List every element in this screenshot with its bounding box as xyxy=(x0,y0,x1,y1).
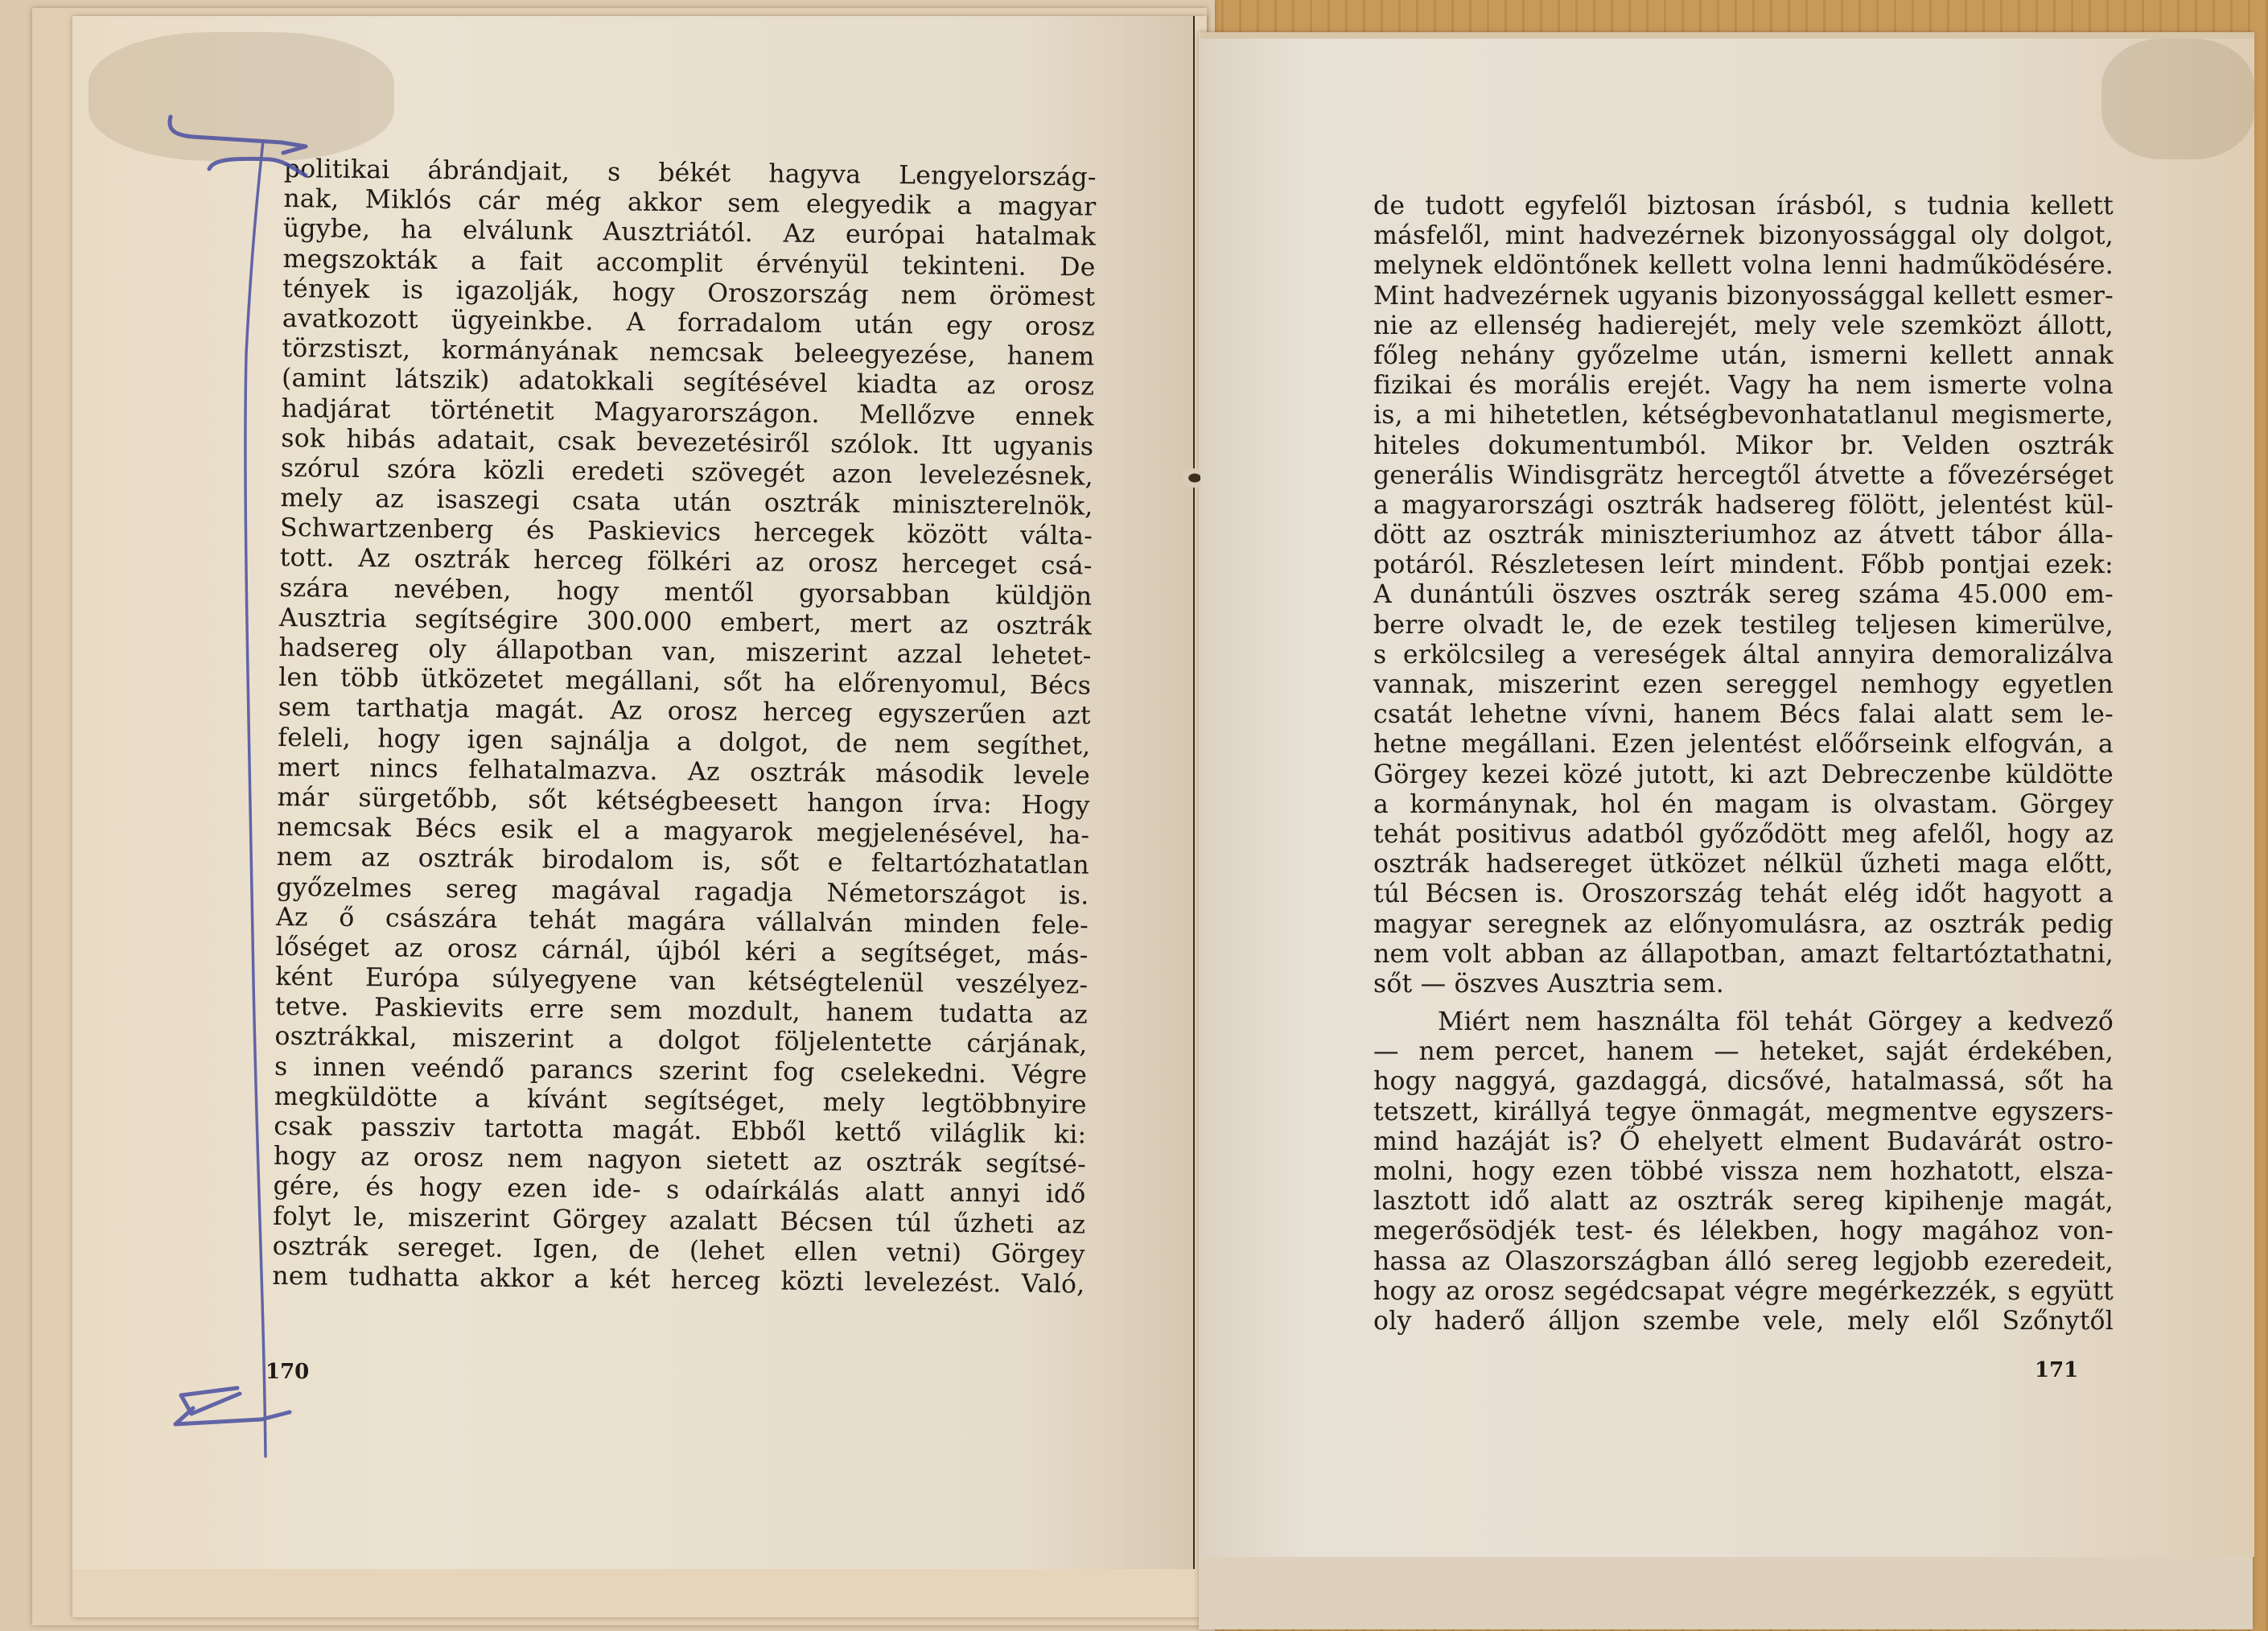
text-line: molni, hogy ezen többé vissza nem hozhat… xyxy=(1373,1157,2114,1187)
text-line: is, a mi hihetetlen, kétségbevonhatatlan… xyxy=(1373,401,2114,430)
left-page: politikai ábrándjait, s békét hagyva Len… xyxy=(72,16,1195,1569)
text-line: de tudott egyfelől biztosan írásból, s t… xyxy=(1373,192,2114,221)
text-line: a kormánynak, hol én magam is olvastam. … xyxy=(1373,790,2114,820)
text-line: mind hazáját is? Ő ehelyett elment Budav… xyxy=(1373,1127,2114,1157)
text-line: megerősödjék test- és lélekben, hogy mag… xyxy=(1373,1217,2114,1246)
text-line: tehát positivus adatból győződött meg af… xyxy=(1373,820,2114,850)
text-line: melynek eldöntőnek kellett volna lenni h… xyxy=(1373,251,2114,281)
text-line: lasztott idő alatt az osztrák sereg kipi… xyxy=(1373,1187,2114,1217)
text-line: hogy az orosz segédcsapat végre megérkez… xyxy=(1373,1277,2114,1307)
text-line: nem volt abban az állapotban, amazt felt… xyxy=(1373,940,2114,970)
right-page-number: 171 xyxy=(2035,1358,2078,1382)
text-line: tetszett, királlyá tegye önmagát, megmen… xyxy=(1373,1098,2114,1127)
text-line: Miért nem használta föl tehát Görgey a k… xyxy=(1373,1007,2114,1037)
pen-bracket-bottom-icon xyxy=(175,1388,290,1424)
text-line: dött az osztrák miniszteriumhoz az átvet… xyxy=(1373,521,2114,550)
left-page-number: 170 xyxy=(265,1360,309,1384)
text-line: Mint hadvezérnek ugyanis bizonyossággal … xyxy=(1373,282,2114,311)
text-line: potáról. Részletesen leírt mindent. Főbb… xyxy=(1373,550,2114,580)
text-line: berre olvadt le, de ezek testileg teljes… xyxy=(1373,611,2114,640)
text-line: túl Bécsen is. Oroszország tehát elég id… xyxy=(1373,879,2114,909)
text-line: hiteles dokumentumból. Mikor br. Velden … xyxy=(1373,431,2114,461)
right-page: de tudott egyfelől biztosan írásból, s t… xyxy=(1200,32,2254,1557)
text-line: generális Windisgrätz hercegtől átvette … xyxy=(1373,461,2114,491)
text-line: hogy naggyá, gazdaggá, dicsővé, hatalmas… xyxy=(1373,1067,2114,1097)
pen-vertical-line-icon xyxy=(245,141,265,1456)
water-stain xyxy=(2101,39,2254,159)
text-line: hassa az Olaszországban álló sereg legjo… xyxy=(1373,1247,2114,1277)
left-page-body-text: politikai ábrándjait, s békét hagyva Len… xyxy=(272,154,1097,1300)
water-stain xyxy=(88,32,394,161)
paragraph-gap xyxy=(1373,999,2114,1007)
text-line: főleg nehány győzelme után, ismerni kell… xyxy=(1373,341,2114,371)
text-line: nie az ellenség hadierejét, mely vele sz… xyxy=(1373,311,2114,341)
text-line: oly haderő álljon szembe vele, mely elől… xyxy=(1373,1307,2114,1337)
text-line: sőt — öszves Ausztria sem. xyxy=(1373,970,2114,999)
text-line: fizikai és morális erejét. Vagy ha nem i… xyxy=(1373,371,2114,401)
text-line: s erkölcsileg a vereségek által annyira … xyxy=(1373,640,2114,670)
text-line: másfelől, mint hadvezérnek bizonyosságga… xyxy=(1373,221,2114,251)
text-line: csatát lehetne vívni, hanem Bécs falai a… xyxy=(1373,700,2114,730)
text-line: a magyarországi osztrák hadsereg fölött,… xyxy=(1373,491,2114,521)
text-line: hetne megállani. Ezen jelentést előőrsei… xyxy=(1373,730,2114,760)
right-page-body-text: de tudott egyfelől biztosan írásból, s t… xyxy=(1373,192,2114,1337)
text-line: Görgey kezei közé jutott, ki azt Debrecz… xyxy=(1373,760,2114,790)
text-line: magyar seregnek az előnyomulásra, az osz… xyxy=(1373,910,2114,940)
text-line: A dunántúli öszves osztrák sereg száma 4… xyxy=(1373,580,2114,610)
text-line: osztrák hadsereget ütközet nélkül űzheti… xyxy=(1373,850,2114,879)
text-line: vannak, miszerint ezen sereggel nemhogy … xyxy=(1373,670,2114,700)
text-line: — nem percet, hanem — heteket, saját érd… xyxy=(1373,1037,2114,1067)
